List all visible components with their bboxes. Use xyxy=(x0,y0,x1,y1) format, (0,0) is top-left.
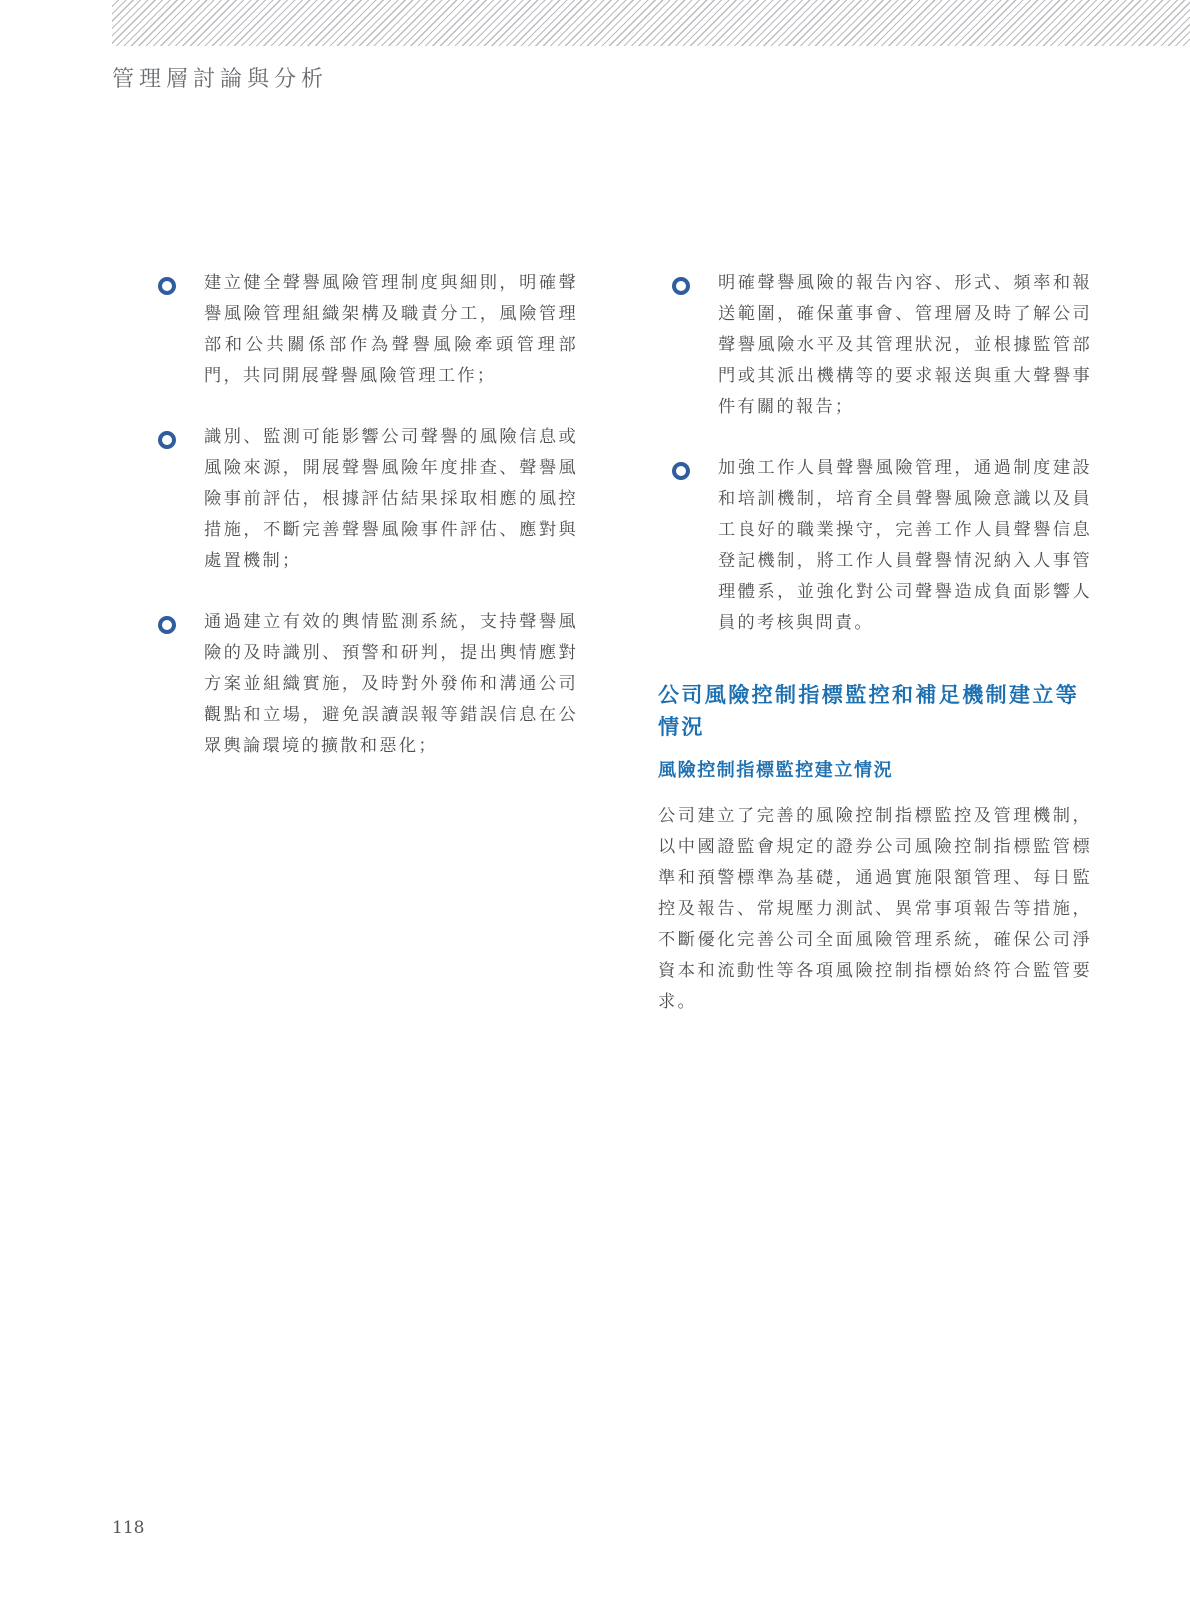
section-heading: 公司風險控制指標監控和補足機制建立等情況 xyxy=(658,679,1092,743)
page-number: 118 xyxy=(112,1518,144,1538)
bullet-item: 建立健全聲譽風險管理制度與細則，明確聲譽風險管理組織架構及職責分工，風險管理部和… xyxy=(158,268,578,392)
section-subheading: 風險控制指標監控建立情況 xyxy=(658,757,1092,785)
bullet-item: 明確聲譽風險的報告內容、形式、頻率和報送範圍，確保董事會、管理層及時了解公司聲譽… xyxy=(672,268,1092,423)
bullet-text: 明確聲譽風險的報告內容、形式、頻率和報送範圍，確保董事會、管理層及時了解公司聲譽… xyxy=(718,268,1092,423)
bullet-text: 加強工作人員聲譽風險管理，通過制度建設和培訓機制，培育全員聲譽風險意識以及員工良… xyxy=(718,453,1092,639)
bullet-text: 通過建立有效的輿情監測系統，支持聲譽風險的及時識別、預警和研判，提出輿情應對方案… xyxy=(204,607,578,762)
ring-bullet-icon xyxy=(672,277,690,295)
bullet-text: 識別、監測可能影響公司聲譽的風險信息或風險來源，開展聲譽風險年度排查、聲譽風險事… xyxy=(204,422,578,577)
ring-bullet-icon xyxy=(158,616,176,634)
ring-bullet-icon xyxy=(672,462,690,480)
bullet-item: 通過建立有效的輿情監測系統，支持聲譽風險的及時識別、預警和研判，提出輿情應對方案… xyxy=(158,607,578,762)
decorative-hatch-band xyxy=(112,0,1190,46)
bullet-item: 加強工作人員聲譽風險管理，通過制度建設和培訓機制，培育全員聲譽風險意識以及員工良… xyxy=(672,453,1092,639)
left-column: 建立健全聲譽風險管理制度與細則，明確聲譽風險管理組織架構及職責分工，風險管理部和… xyxy=(158,268,578,792)
bullet-text: 建立健全聲譽風險管理制度與細則，明確聲譽風險管理組織架構及職責分工，風險管理部和… xyxy=(204,268,578,392)
ring-bullet-icon xyxy=(158,431,176,449)
ring-bullet-icon xyxy=(158,277,176,295)
bullet-item: 識別、監測可能影響公司聲譽的風險信息或風險來源，開展聲譽風險年度排查、聲譽風險事… xyxy=(158,422,578,577)
body-paragraph: 公司建立了完善的風險控制指標監控及管理機制，以中國證監會規定的證券公司風險控制指… xyxy=(658,801,1092,1018)
section-title: 管理層討論與分析 xyxy=(112,62,328,93)
right-column: 明確聲譽風險的報告內容、形式、頻率和報送範圍，確保董事會、管理層及時了解公司聲譽… xyxy=(672,268,1092,1018)
